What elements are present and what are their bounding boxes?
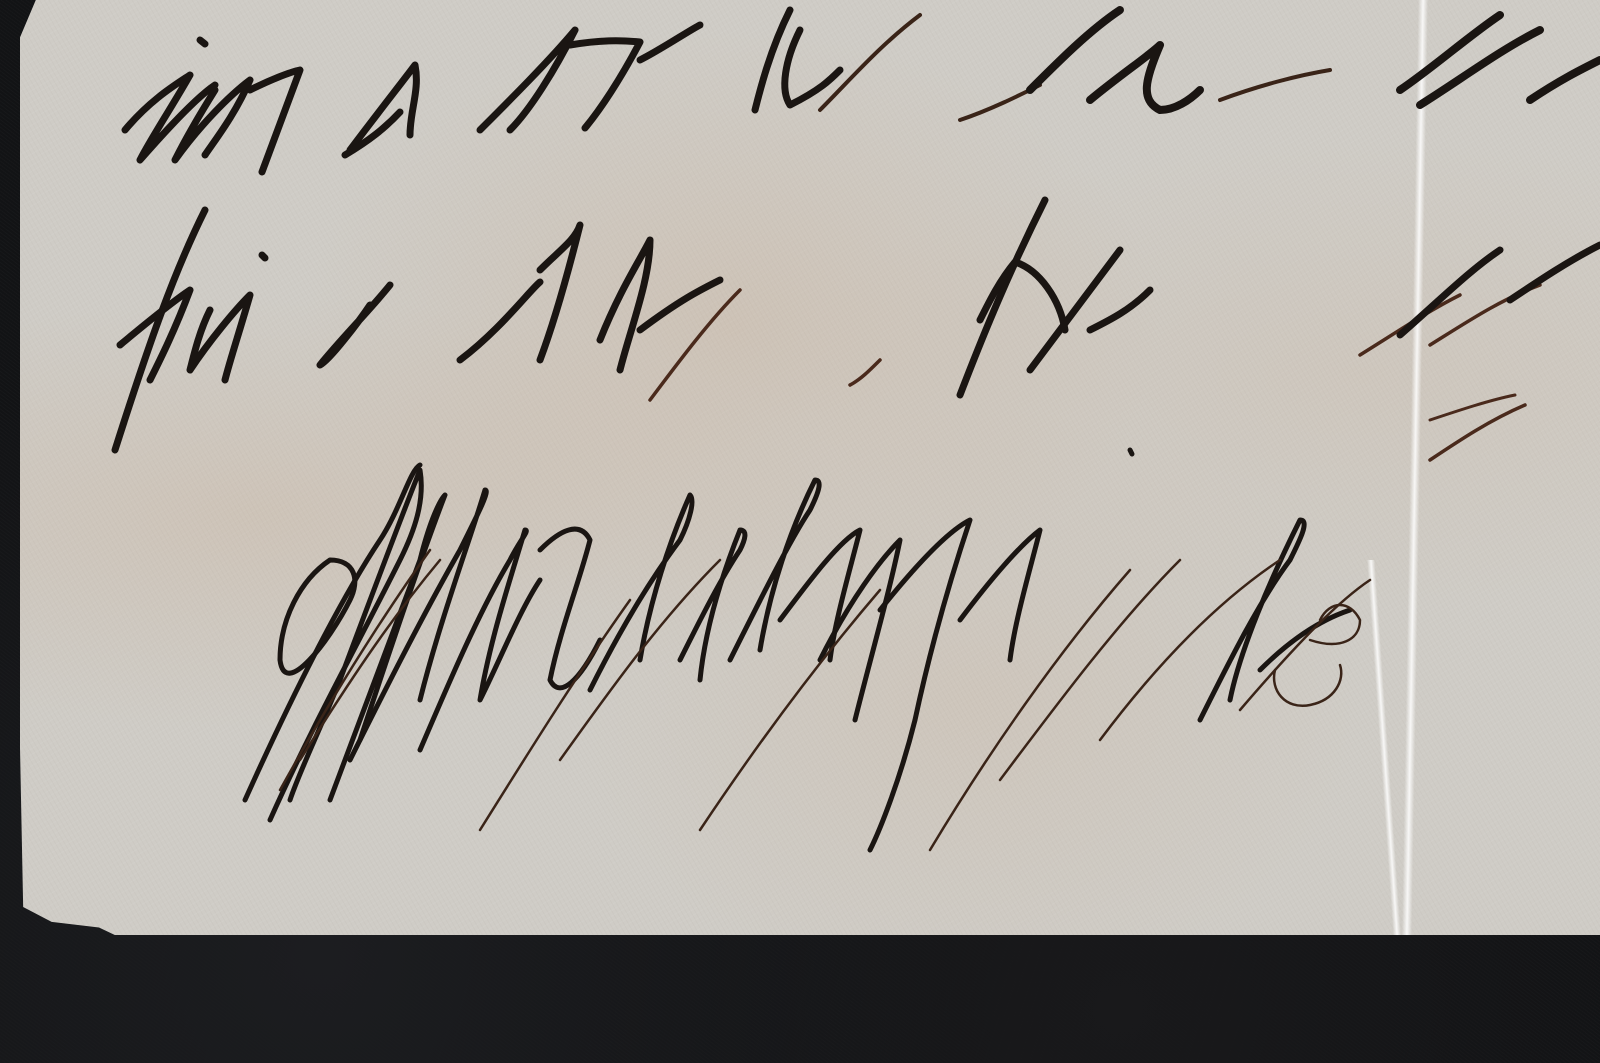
handwriting-ink bbox=[0, 0, 1600, 1063]
signature bbox=[245, 450, 1350, 850]
handwritten-line-2 bbox=[115, 200, 1150, 450]
handwritten-line-1 bbox=[125, 10, 840, 172]
